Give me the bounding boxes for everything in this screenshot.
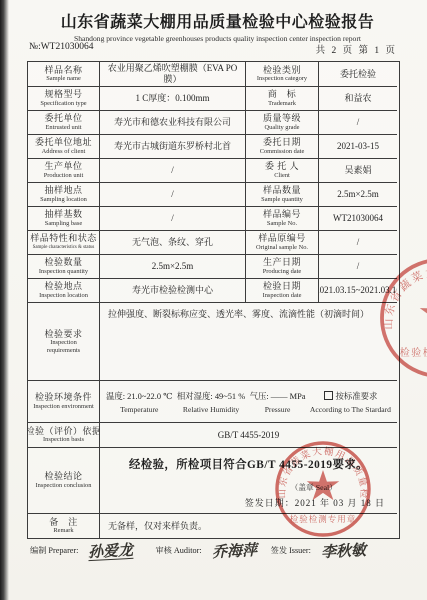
label-en: Specification type [40,100,86,108]
issue-date: 签发日期：2021 年 03 月 18 日 [108,496,385,509]
field-label: 样品编号Sample No. [246,207,319,231]
field-value: GB/T 4455-2019 [100,423,397,448]
humidity-label-en: Relative Humidity [183,405,239,414]
table-row-conclusion: 检验结论 Inspection conclusion 经检验，所检项目符合GB/… [28,448,399,514]
label-en: Quality grade [265,124,300,132]
field-value: 2.5m×2.5m [100,255,246,279]
field-value: 寿光市和德农业科技有限公司 [100,111,246,135]
field-value: 拉伸强度、断裂标称应变、透光率、雾度、流滴性能（初滴时间） [100,303,397,381]
label-en: Sample name [46,75,81,83]
value-text: 寿光市和德农业科技有限公司 [114,117,231,128]
label-en: Remark [53,527,73,535]
label-en: Inspection category [257,75,307,83]
label-en: Inspection environment [33,403,94,411]
label-en: Original sample No. [256,244,308,252]
label-en: Address of client [42,148,86,156]
label-zh: 样品特性和状态 [30,233,97,244]
standard-option: 按标准要求 [324,390,378,402]
field-label: 委托单位Entrusted unit [28,111,100,135]
field-value: 1 C厚度：0.100mm [100,87,246,111]
label-zh: 检验环境条件 [35,392,92,403]
label-en: Inspection quantity [39,268,88,276]
report-page: 山东省蔬菜大棚用品质量检验中心检验报告 Shandong province ve… [0,0,427,600]
preparer-label: 编制 Preparer: [30,545,78,556]
report-title-zh: 山东省蔬菜大棚用品质量检验中心检验报告 [28,9,407,32]
field-label: 检验结论 Inspection conclusion [28,448,100,514]
field-value: 农业用聚乙烯吹塑棚膜（EVA PO膜） [100,62,246,87]
remark-text: 无备样，仅对来样负责。 [108,521,207,532]
field-value: 2021.03.15~2021.03.16 [319,279,397,303]
field-label: 委托单位地址Address of client [28,135,100,159]
issuer-label: 签发 Issuer: [271,545,311,556]
label-en: Entrusted unit [45,124,81,132]
field-value: 温度: 21.0~22.0 ℃ Temperature 相对湿度: 49~51 … [100,381,397,423]
table-row-environment: 检验环境条件 Inspection environment 温度: 21.0~2… [28,381,399,423]
label-zh: 检验数量 [44,257,82,268]
humidity-group: 相对湿度: 49~51 % Relative Humidity [177,390,245,414]
conclusion-text: 经检验，所检项目符合GB/T 4455-2019要求。 [108,456,389,472]
field-value: / [100,159,246,183]
field-label: 样品原编号Original sample No. [246,231,319,255]
checkbox-icon [324,391,333,400]
label-en: Inspection conclusion [36,482,92,490]
pressure-group: 气压: —— MPa Pressure [250,390,306,414]
pressure-label-en: Pressure [265,405,291,414]
value-text: 2021-03-15 [337,141,379,152]
requirements-text: 拉伸强度、断裂标称应变、透光率、雾度、流滴性能（初滴时间） [108,309,369,320]
value-text: 2021.03.15~2021.03.16 [319,285,397,296]
label-zh: 委托日期 [263,137,301,148]
field-label: 质量等级Quality grade [246,111,319,135]
label-en: Inspection basis [43,436,84,444]
scan-edge-shadow [0,0,9,600]
field-value: 经检验，所检项目符合GB/T 4455-2019要求。 （盖章 Seal） 签发… [100,448,397,514]
temperature-value: 温度: 21.0~22.0 ℃ [106,390,172,402]
label-zh: 样品数量 [263,185,301,196]
table-row-sampling-base: 抽样基数Sampling base / 样品编号Sample No. WT210… [28,207,399,231]
label-en: Production unit [44,172,84,180]
signature-row: 编制 Preparer: 孙爱龙 审核 Auditor: 乔海萍 签发 Issu… [30,540,400,561]
temperature-label-en: Temperature [120,405,158,414]
standard-label-en: According to The Stardard [310,405,391,414]
label-zh: 抽样地点 [44,185,82,196]
preparer-signature: 孙爱龙 [88,539,134,562]
label-zh: 检验类别 [263,65,301,76]
label-en: Producing date [263,268,302,276]
field-value: 无备样，仅对来样负责。 [100,514,397,538]
value-text: 和益农 [344,93,371,104]
field-label: 样品名称Sample name [28,62,100,87]
environment-values: 温度: 21.0~22.0 ℃ Temperature 相对湿度: 49~51 … [102,388,395,416]
field-value: 2.5m×2.5m [319,183,397,207]
pagination: 共 2 页 第 1 页 [316,42,397,56]
label-zh: 备 注 [49,517,78,528]
field-value: / [319,255,397,279]
field-label: 检验（评价）依据 Inspection basis [28,423,100,448]
field-label: 抽样基数Sampling base [28,207,100,231]
label-en: Sample No. [267,220,297,228]
label-en: Sample characteristics & status [33,244,95,251]
label-en: Sample quantity [261,196,303,204]
field-value: 寿光市检验检测中心 [100,279,246,303]
label-en: Inspection location [39,292,88,300]
field-value: 寿光市古城街道东罗桥村北首 [100,135,246,159]
field-value: 吴素娟 [319,159,397,183]
field-value: 无气泡、条纹、穿孔 [100,231,246,255]
value-text: / [171,165,174,176]
label-en: Sampling location [40,196,87,204]
label-zh: 样品原编号 [258,233,306,244]
value-text: / [357,117,360,128]
field-label: 委托日期Commission date [246,135,319,159]
table-row-requirements: 检验要求 Inspection requirements 拉伸强度、断裂标称应变… [28,303,399,381]
pressure-value: 气压: —— MPa [250,390,306,402]
basis-text: GB/T 4455-2019 [218,430,280,441]
label-zh: 检验要求 [44,329,82,340]
table-row-inspection-location: 检验地点Inspection location 寿光市检验检测中心 检验日期In… [28,279,399,303]
value-text: 寿光市古城街道东罗桥村北首 [114,141,231,152]
value-text: 吴素娟 [344,165,371,176]
value-text: / [171,189,174,200]
label-en: Inspection [50,339,77,347]
label-zh: 检验日期 [263,281,301,292]
field-label: 样品数量Sample quantity [246,183,319,207]
field-value: / [100,183,246,207]
value-text: 1 C厚度：0.100mm [135,93,209,104]
value-text: 2.5m×2.5m [337,189,379,200]
label-zh: 检验结论 [44,471,82,482]
table-row-entrusted-unit: 委托单位Entrusted unit 寿光市和德农业科技有限公司 质量等级Qua… [28,111,399,135]
table-row-client-address: 委托单位地址Address of client 寿光市古城街道东罗桥村北首 委托… [28,135,399,159]
field-label: 备 注 Remark [28,514,100,538]
temperature-group: 温度: 21.0~22.0 ℃ Temperature [106,390,172,414]
label-zh: 生产日期 [263,257,301,268]
label-zh: 检验（评价）依据 [28,426,100,437]
field-value: / [100,207,246,231]
label-zh: 抽样基数 [44,209,82,220]
label-zh: 样品名称 [44,65,82,76]
table-row-basis: 检验（评价）依据 Inspection basis GB/T 4455-2019 [28,423,399,448]
value-text: 2.5m×2.5m [152,261,194,272]
value-text: 委托检验 [340,69,376,80]
field-label: 生产日期Producing date [246,255,319,279]
conclusion-content: 经检验，所检项目符合GB/T 4455-2019要求。 （盖章 Seal） 签发… [102,449,395,512]
field-label: 委 托 人Client [246,159,319,183]
report-table: 样品名称Sample name 农业用聚乙烯吹塑棚膜（EVA PO膜） 检验类别… [27,61,400,539]
field-value: / [319,111,397,135]
value-text: 农业用聚乙烯吹塑棚膜（EVA PO膜） [102,63,243,85]
field-value: WT21030064 [319,207,397,231]
label-en: Client [274,172,290,180]
field-value: / [319,231,397,255]
label-zh: 样品编号 [263,209,301,220]
field-label: 生产单位Production unit [28,159,100,183]
table-row-sampling-location: 抽样地点Sampling location / 样品数量Sample quant… [28,183,399,207]
table-row-sample-characteristics: 样品特性和状态Sample characteristics & status 无… [28,231,399,255]
field-label: 检验环境条件 Inspection environment [28,381,100,423]
table-row-inspection-quantity: 检验数量Inspection quantity 2.5m×2.5m 生产日期Pr… [28,255,399,279]
label-en: Inspection date [263,292,302,300]
label-zh: 委托单位 [44,113,82,124]
field-value: 委托检验 [319,62,397,87]
table-row-remark: 备 注 Remark 无备样，仅对来样负责。 [28,514,399,538]
auditor-label: 审核 Auditor: [155,545,201,556]
table-row-production-unit: 生产单位Production unit / 委 托 人Client 吴素娟 [28,159,399,183]
label-en: Sampling base [45,220,82,228]
label-en: Trademark [268,100,296,108]
value-text: / [357,261,360,272]
value-text: 寿光市检验检测中心 [132,285,213,296]
label-zh: 委 托 人 [265,161,299,172]
field-label: 检验日期Inspection date [246,279,319,303]
label-en: Commission date [260,148,305,156]
issuer-signature: 李秋敏 [320,539,366,562]
label-zh: 检验地点 [44,281,82,292]
label-zh: 委托单位地址 [35,137,92,148]
report-number: №:WT21030064 [29,42,93,56]
standard-label-zh: 按标准要求 [336,392,378,401]
humidity-value: 相对湿度: 49~51 % [177,390,245,402]
report-meta: №:WT21030064 共 2 页 第 1 页 [29,42,397,56]
value-text: WT21030064 [333,213,383,224]
field-label: 检验类别Inspection category [246,62,319,87]
label-zh: 生产单位 [44,161,82,172]
label-zh: 商 标 [268,89,297,100]
field-label: 检验要求 Inspection requirements [28,303,100,381]
label-zh: 质量等级 [263,113,301,124]
seal-note: （盖章 Seal） [108,482,337,493]
field-label: 抽样地点Sampling location [28,183,100,207]
standard-group: 按标准要求 According to The Stardard [310,390,391,414]
label-zh: 规格型号 [44,89,82,100]
label-en: requirements [47,347,80,355]
field-label: 样品特性和状态Sample characteristics & status [28,231,100,255]
value-text: 无气泡、条纹、穿孔 [132,237,213,248]
field-label: 规格型号Specification type [28,87,100,111]
value-text: / [171,213,174,224]
field-value: 和益农 [319,87,397,111]
field-value: 2021-03-15 [319,135,397,159]
edge-seal-banner-text: 检验检测专用章 [400,346,427,359]
field-label: 检验地点Inspection location [28,279,100,303]
value-text: / [357,237,360,248]
table-row-specification: 规格型号Specification type 1 C厚度：0.100mm 商 标… [28,87,399,111]
field-label: 商 标Trademark [246,87,319,111]
auditor-signature: 乔海萍 [211,539,257,562]
field-label: 检验数量Inspection quantity [28,255,100,279]
table-row-sample-name: 样品名称Sample name 农业用聚乙烯吹塑棚膜（EVA PO膜） 检验类别… [28,62,399,87]
